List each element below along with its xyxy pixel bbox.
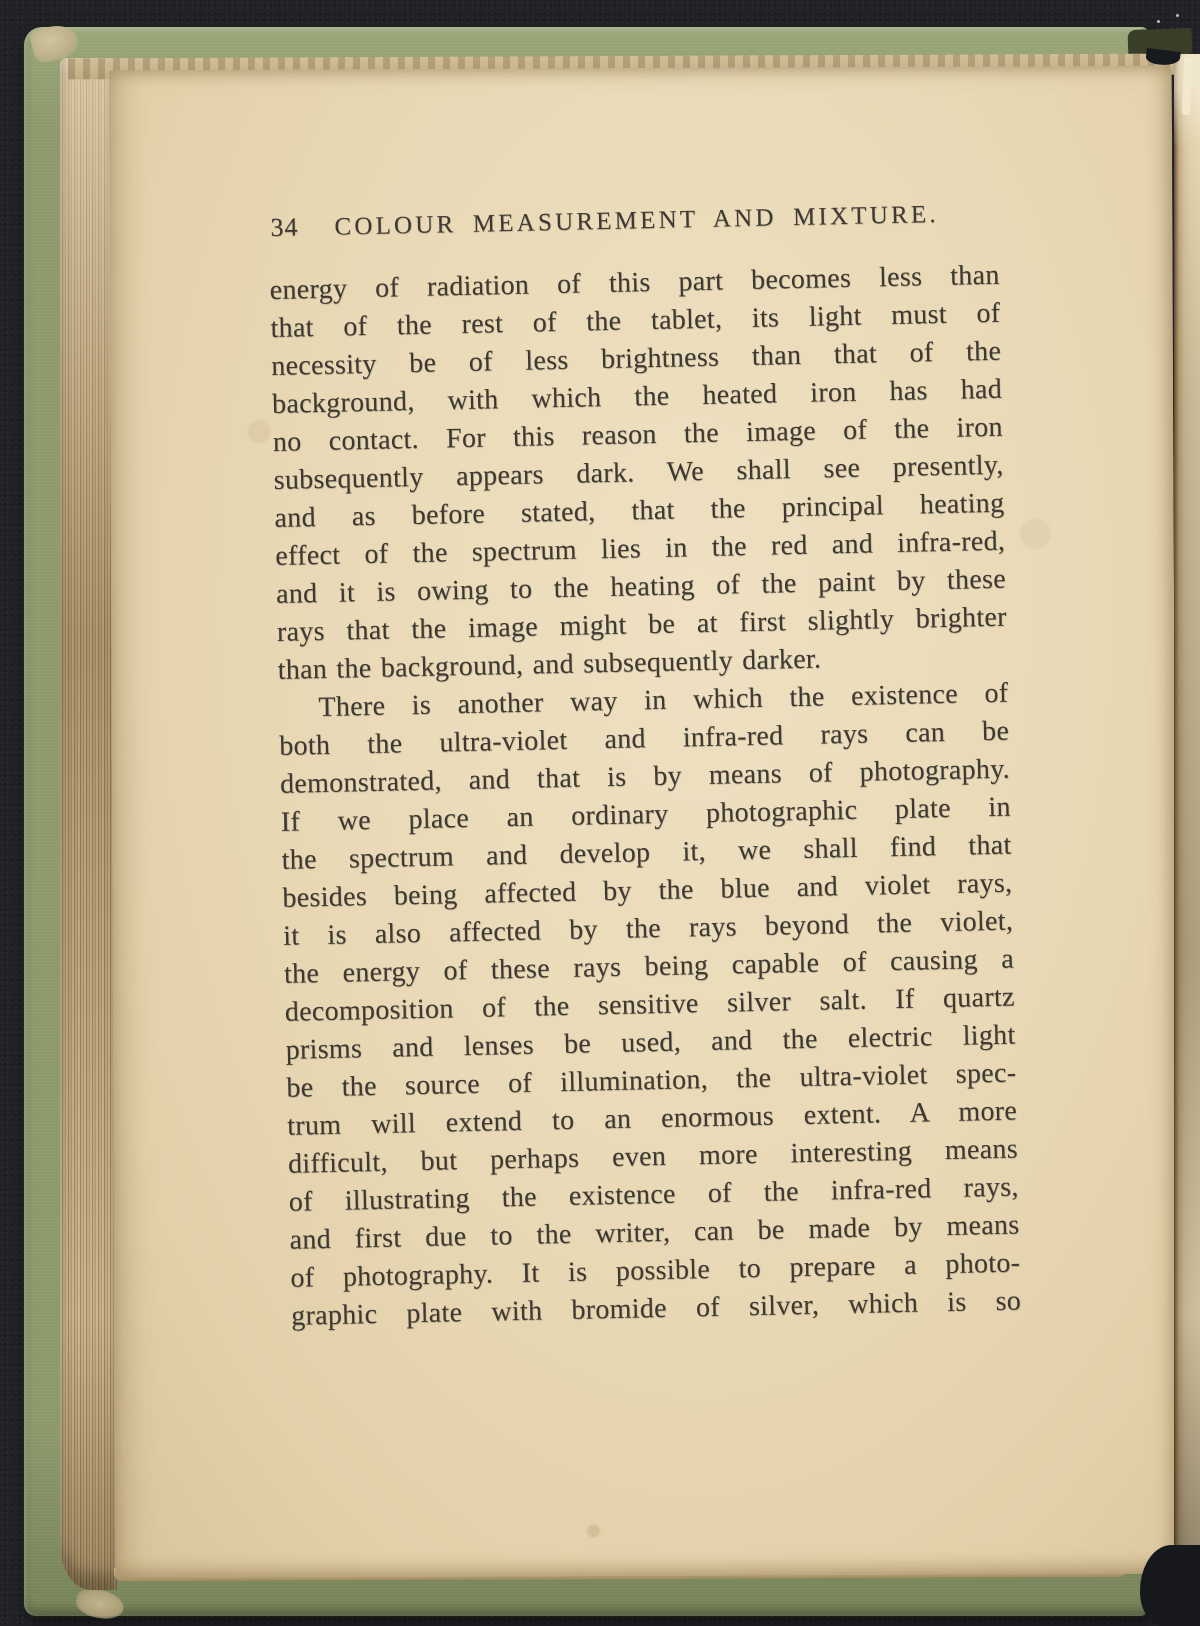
page-stack-edges-left xyxy=(60,58,117,1590)
paragraph: There is another way in which the existe… xyxy=(278,675,1021,1336)
dust-speck xyxy=(1157,20,1160,23)
book-scan-photo: 34 COLOUR MEASUREMENT AND MIXTURE. energ… xyxy=(0,0,1200,1626)
printed-text-block: 34 COLOUR MEASUREMENT AND MIXTURE. energ… xyxy=(268,193,1021,1336)
background-shadow-bottom-right xyxy=(1140,1545,1200,1626)
body-text: energy of radiation of this part becomes… xyxy=(269,257,1021,1336)
page-number: 34 xyxy=(270,207,299,248)
dust-speck xyxy=(1176,14,1179,17)
binding-gutter xyxy=(1174,54,1200,1553)
paragraph: energy of radiation of this part becomes… xyxy=(269,257,1008,690)
